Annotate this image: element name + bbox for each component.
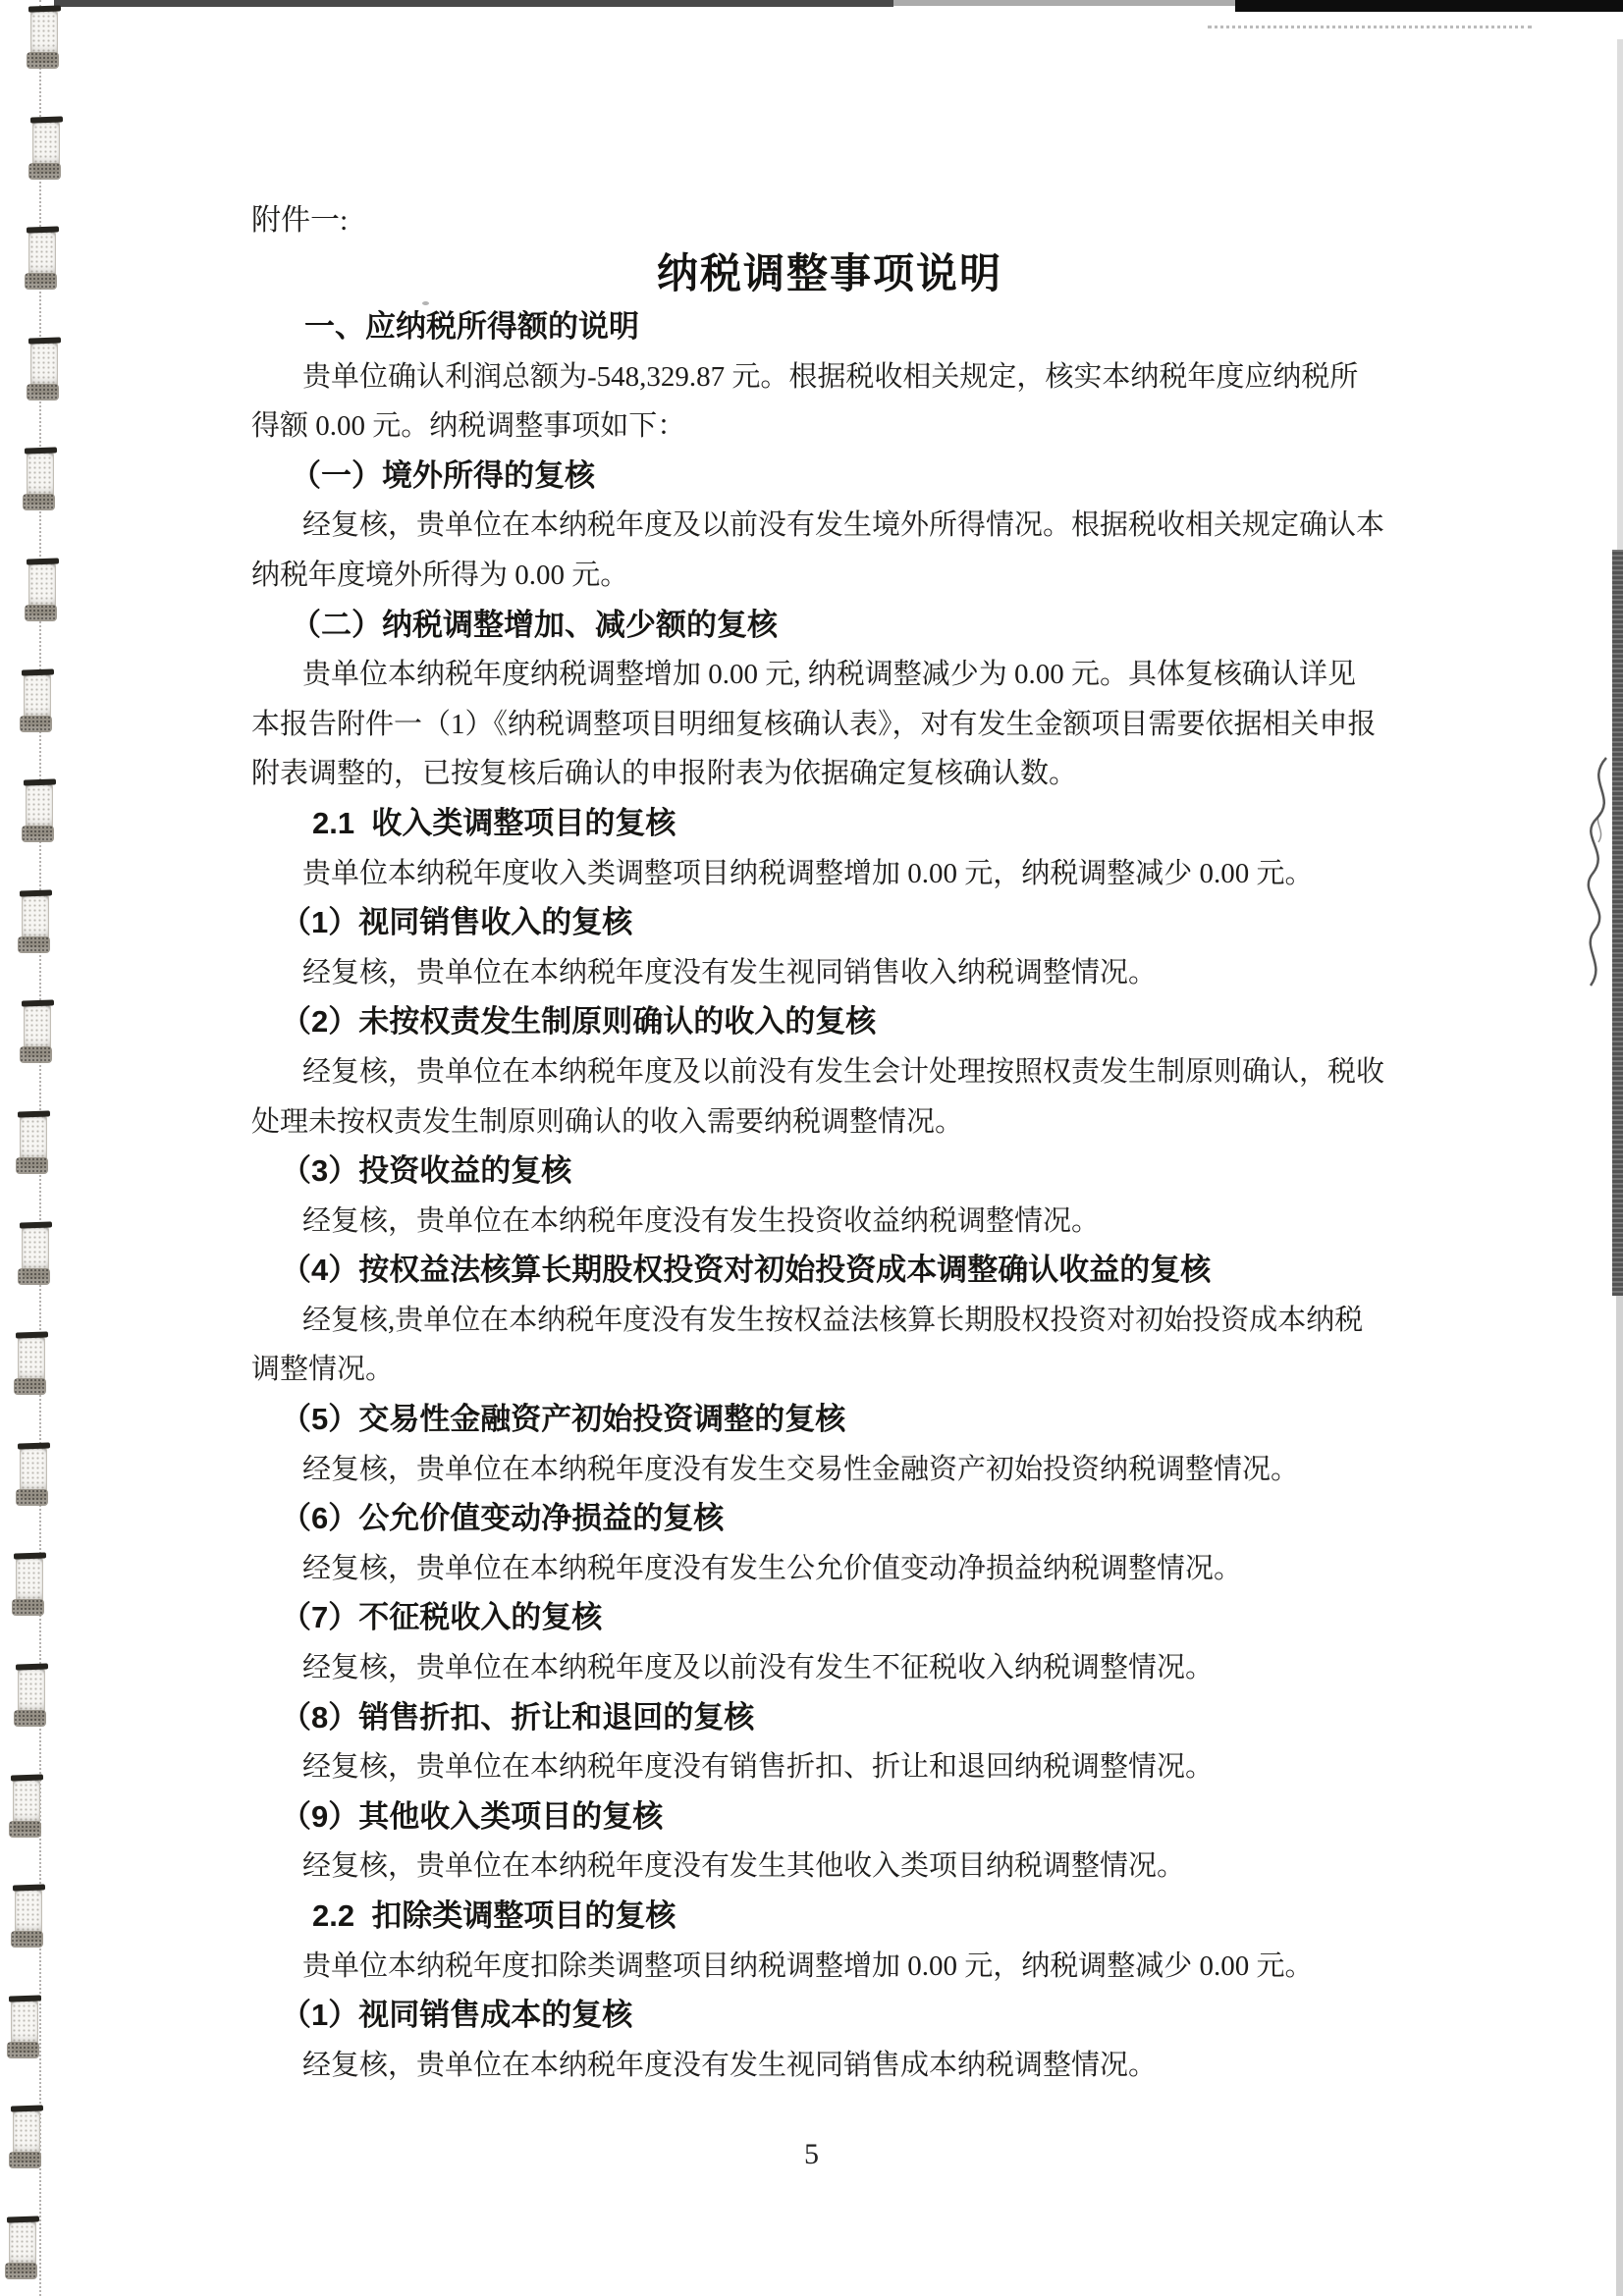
text-line: 经复核,贵单位在本纳税年度没有发生按权益法核算长期股权投资对初始投资成本纳税: [251, 1296, 1434, 1346]
text-line: 经复核，贵单位在本纳税年度没有发生投资收益纳税调整情况。: [251, 1197, 1434, 1247]
text-line: 经复核，贵单位在本纳税年度没有发生交易性金融资产初始投资纳税调整情况。: [251, 1445, 1434, 1495]
binding-mark: [9, 2218, 36, 2273]
binding-mark: [28, 229, 56, 284]
binding-mark: [26, 781, 53, 836]
text-line: （1）视同销售收入的复核: [281, 898, 1434, 948]
binding-mark: [24, 671, 51, 726]
text-line: 附表调整的，已按复核后确认的申报附表为依据确定复核确认数。: [251, 749, 1434, 799]
page-title: 纳税调整事项说明: [251, 245, 1408, 302]
text-line: （一）境外所得的复核: [291, 452, 1434, 502]
binding-mark: [20, 1113, 47, 1168]
binding-mark: [24, 1002, 51, 1057]
binding-mark: [22, 892, 49, 947]
spiral-binding: [0, 0, 69, 2296]
top-scan-band-middle: [893, 0, 1237, 6]
text-line: 贵单位确认利润总额为-548,329.87 元。根据税收相关规定，核实本纳税年度…: [251, 352, 1434, 402]
text-line: 经复核，贵单位在本纳税年度没有发生视同销售收入纳税调整情况。: [251, 948, 1434, 998]
text-line: （二）纳税调整增加、减少额的复核: [291, 601, 1434, 651]
text-line: （2）未按权责发生制原则确认的收入的复核: [281, 997, 1434, 1047]
text-line: （7）不征税收入的复核: [281, 1593, 1434, 1643]
text-line: 贵单位本纳税年度纳税调整增加 0.00 元, 纳税调整减少为 0.00 元。具体…: [251, 650, 1434, 700]
text-line: （8）销售折扣、折让和退回的复核: [281, 1693, 1434, 1743]
text-line: 2.2 扣除类调整项目的复核: [312, 1892, 1434, 1942]
text-line: 经复核，贵单位在本纳税年度及以前没有发生会计处理按照权责发生制原则确认，税收: [251, 1047, 1434, 1097]
binding-mark: [30, 340, 58, 395]
ink-squiggle-icon: [1567, 754, 1620, 999]
text-line: （3）投资收益的复核: [281, 1147, 1434, 1197]
binding-mark: [18, 1334, 45, 1389]
text-lines: 一、应纳税所得额的说明贵单位确认利润总额为-548,329.87 元。根据税收相…: [251, 302, 1434, 2090]
top-scan-band-right: [1235, 0, 1623, 12]
attachment-label: 附件一:: [251, 196, 1434, 245]
text-line: 经复核，贵单位在本纳税年度没有发生视同销售成本纳税调整情况。: [251, 2041, 1434, 2091]
binding-mark: [22, 1224, 49, 1279]
text-line: 经复核，贵单位在本纳税年度没有发生其他收入类项目纳税调整情况。: [251, 1842, 1434, 1892]
binding-mark: [32, 119, 60, 174]
binding-mark: [18, 1666, 45, 1721]
text-line: 处理未按权责发生制原则确认的收入需要纳税调整情况。: [251, 1097, 1434, 1148]
text-line: 贵单位本纳税年度扣除类调整项目纳税调整增加 0.00 元，纳税调整减少 0.00…: [251, 1942, 1434, 1992]
text-line: （5）交易性金融资产初始投资调整的复核: [281, 1395, 1434, 1445]
text-line: 经复核，贵单位在本纳税年度及以前没有发生不征税收入纳税调整情况。: [251, 1643, 1434, 1693]
text-line: 一、应纳税所得额的说明: [304, 302, 1434, 352]
text-line: 贵单位本纳税年度收入类调整项目纳税调整增加 0.00 元，纳税调整减少 0.00…: [251, 849, 1434, 899]
text-line: 调整情况。: [251, 1345, 1434, 1395]
text-line: 经复核，贵单位在本纳税年度及以前没有发生境外所得情况。根据税收相关规定确认本: [251, 501, 1434, 551]
binding-mark: [11, 1998, 38, 2053]
text-line: 2.1 收入类调整项目的复核: [312, 799, 1434, 849]
text-line: 得额 0.00 元。纳税调整事项如下：: [251, 401, 1434, 452]
binding-mark: [27, 450, 54, 505]
binding-mark: [30, 8, 58, 63]
text-line: （9）其他收入类项目的复核: [281, 1792, 1434, 1842]
binding-mark: [13, 1777, 40, 1832]
binding-mark: [16, 1555, 43, 1610]
text-line: （4）按权益法核算长期股权投资对初始投资成本调整确认收益的复核: [281, 1246, 1434, 1296]
binding-mark: [28, 561, 56, 615]
page-number: 5: [0, 2138, 1623, 2171]
text-line: 经复核，贵单位在本纳税年度没有发生公允价值变动净损益纳税调整情况。: [251, 1544, 1434, 1594]
text-line: （6）公允价值变动净损益的复核: [281, 1494, 1434, 1544]
text-line: 经复核，贵单位在本纳税年度没有销售折扣、折让和退回纳税调整情况。: [251, 1742, 1434, 1792]
text-line: 纳税年度境外所得为 0.00 元。: [251, 551, 1434, 601]
scanned-document-page: 附件一: 纳税调整事项说明 一、应纳税所得额的说明贵单位确认利润总额为-548,…: [0, 0, 1623, 2296]
binding-mark: [20, 1445, 47, 1500]
top-scan-noise: [1208, 26, 1532, 28]
right-scan-band-upper: [1617, 39, 1623, 550]
top-scan-band-left: [54, 0, 893, 7]
text-line: （1）视同销售成本的复核: [281, 1991, 1434, 2041]
document-body: 附件一: 纳税调整事项说明 一、应纳税所得额的说明贵单位确认利润总额为-548,…: [251, 196, 1434, 2090]
text-line: 本报告附件一（1）《纳税调整项目明细复核确认表》，对有发生金额项目需要依据相关申…: [251, 700, 1434, 750]
binding-mark: [15, 1887, 42, 1942]
